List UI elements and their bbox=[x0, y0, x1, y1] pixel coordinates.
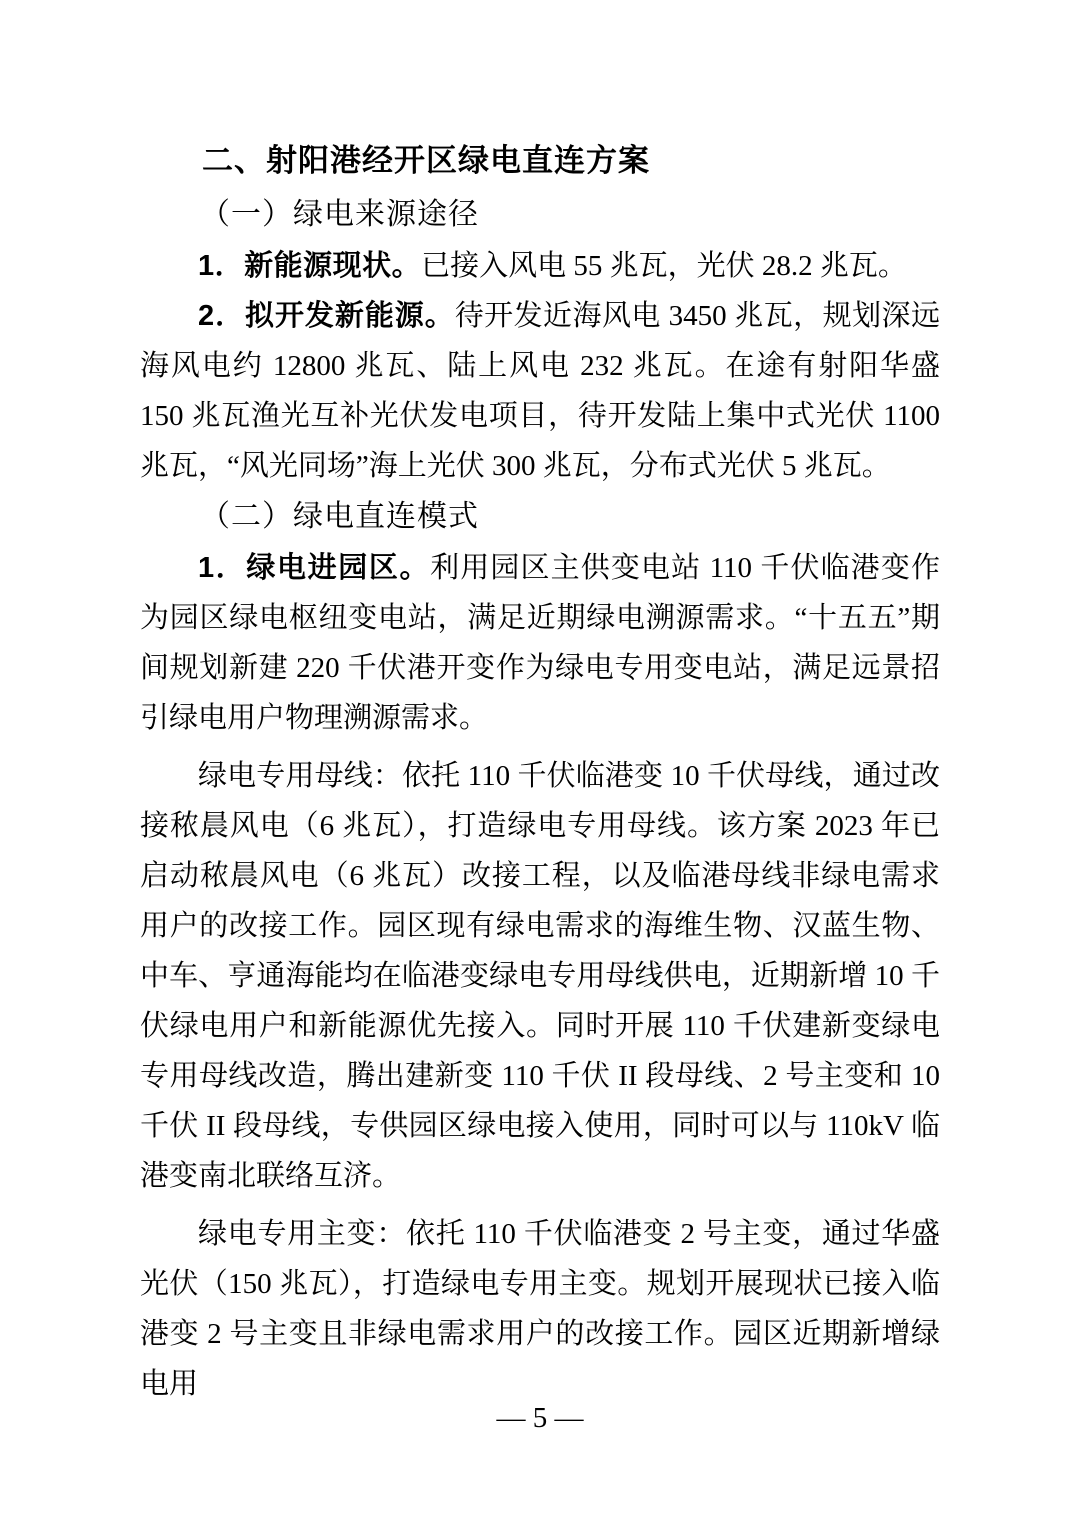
document-page: 二、射阳港经开区绿电直连方案 （一）绿电来源途径 1．新能源现状。已接入风电 5… bbox=[0, 0, 1080, 1527]
section-1-heading: （一）绿电来源途径 bbox=[140, 189, 940, 241]
section-2-heading: （二）绿电直连模式 bbox=[140, 491, 940, 543]
paragraph-planned-new-energy: 2．拟开发新能源。待开发近海风电 3450 兆瓦，规划深远海风电约 12800 … bbox=[140, 291, 940, 491]
paragraph-text: 已接入风电 55 兆瓦，光伏 28.2 兆瓦。 bbox=[421, 250, 907, 282]
page-number: — 5 — bbox=[0, 1400, 1080, 1436]
paragraph-text: 绿电专用主变：依托 110 千伏临港变 2 号主变，通过华盛光伏（150 兆瓦）… bbox=[140, 1218, 940, 1400]
paragraph-dedicated-transformer: 绿电专用主变：依托 110 千伏临港变 2 号主变，通过华盛光伏（150 兆瓦）… bbox=[140, 1209, 940, 1409]
paragraph-green-power-into-park: 1．绿电进园区。利用园区主供变电站 110 千伏临港变作为园区绿电枢纽变电站，满… bbox=[140, 543, 940, 743]
paragraph-text: 绿电专用母线：依托 110 千伏临港变 10 千伏母线，通过改接秾晨风电（6 兆… bbox=[140, 760, 940, 1192]
paragraph-lead: 1．绿电进园区。 bbox=[198, 552, 430, 584]
paragraph-lead: 2．拟开发新能源。 bbox=[198, 300, 455, 332]
paragraph-dedicated-busbar: 绿电专用母线：依托 110 千伏临港变 10 千伏母线，通过改接秾晨风电（6 兆… bbox=[140, 751, 940, 1201]
paragraph-lead: 1．新能源现状。 bbox=[198, 250, 421, 282]
document-content: 二、射阳港经开区绿电直连方案 （一）绿电来源途径 1．新能源现状。已接入风电 5… bbox=[140, 135, 940, 1409]
paragraph-new-energy-status: 1．新能源现状。已接入风电 55 兆瓦，光伏 28.2 兆瓦。 bbox=[140, 241, 940, 291]
chapter-heading: 二、射阳港经开区绿电直连方案 bbox=[140, 135, 940, 187]
